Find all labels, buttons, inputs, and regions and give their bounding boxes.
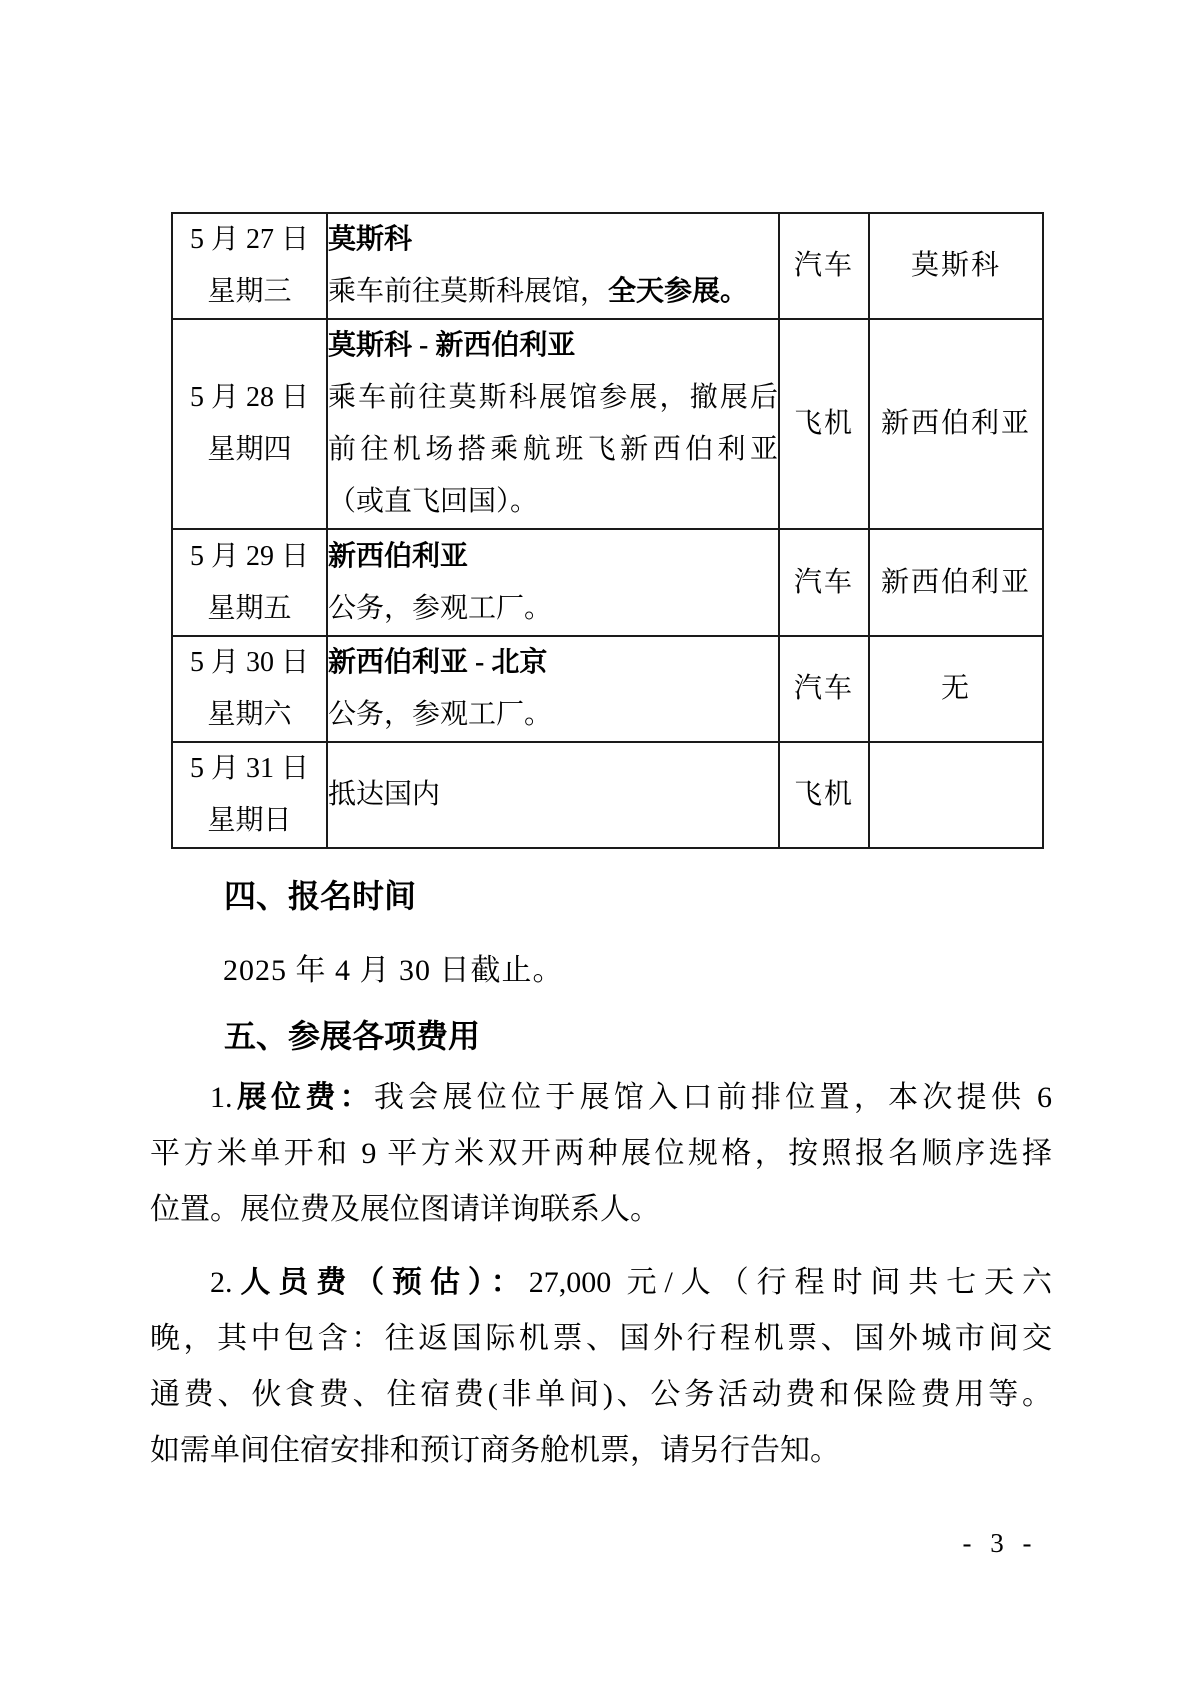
text-line: 平方米单开和 9 平方米双开两种展位规格，按照报名顺序选择 xyxy=(150,1126,1052,1182)
section-heading-registration-time: 四、报名时间 xyxy=(224,876,416,916)
text-run: 晚，其中包含：往返国际机票、国外行程机票、国外城市间交 xyxy=(150,1322,1052,1355)
text-run: 新西伯利亚 - 北京 xyxy=(328,647,547,678)
date-line: 5 月 28 日 xyxy=(173,372,326,424)
table-row: 5 月 28 日 星期四 莫斯科 - 新西伯利亚 乘车前往莫斯科展馆参展，撤展后… xyxy=(172,319,1043,529)
itinerary-cell: 莫斯科 - 新西伯利亚 乘车前往莫斯科展馆参展，撤展后 前往机场搭乘航班飞新西伯… xyxy=(327,319,779,529)
text-run: 27,000 元/人（行程时间共七天六 xyxy=(529,1266,1052,1299)
itinerary-cell: 新西伯利亚 公务，参观工厂。 xyxy=(327,529,779,636)
weekday-line: 星期五 xyxy=(173,583,326,635)
text-line: 2.人员费（预估）：27,000 元/人（行程时间共七天六 xyxy=(150,1255,1052,1311)
text-run: 抵达国内 xyxy=(328,779,440,810)
transport-cell: 飞机 xyxy=(779,319,869,529)
personnel-fee-paragraph: 2.人员费（预估）：27,000 元/人（行程时间共七天六 晚，其中包含：往返国… xyxy=(150,1255,1052,1479)
date-line: 5 月 27 日 xyxy=(173,214,326,266)
text-run: 我会展位位于展馆入口前排位置，本次提供 6 xyxy=(374,1081,1052,1114)
stay-cell: 莫斯科 xyxy=(869,213,1043,319)
date-cell: 5 月 29 日 星期五 xyxy=(172,529,327,636)
text-line: 1.展位费：我会展位位于展馆入口前排位置，本次提供 6 xyxy=(150,1070,1052,1126)
text-run: 平方米单开和 9 平方米双开两种展位规格，按照报名顺序选择 xyxy=(150,1137,1052,1170)
stay-cell: 新西伯利亚 xyxy=(869,529,1043,636)
itinerary-line: 莫斯科 xyxy=(328,214,778,266)
text-run: （或直飞回国）。 xyxy=(328,486,538,517)
table-row: 5 月 27 日 星期三 莫斯科 乘车前往莫斯科展馆，全天参展。 汽车 莫斯科 xyxy=(172,213,1043,319)
stay-cell xyxy=(869,742,1043,848)
text-run: 乘车前往莫斯科展馆参展，撤展后 xyxy=(328,382,778,413)
text-run: 2. xyxy=(210,1266,233,1299)
text-line: 如需单间住宿安排和预订商务舱机票，请另行告知。 xyxy=(150,1423,1052,1479)
transport-cell: 飞机 xyxy=(779,742,869,848)
text-run: 前往机场搭乘航班飞新西伯利亚 xyxy=(328,434,778,465)
text-run: 位置。展位费及展位图请详询联系人。 xyxy=(150,1193,660,1226)
text-run: 全天参展。 xyxy=(608,276,748,307)
page-number: - 3 - xyxy=(945,1526,1055,1560)
text-run: 乘车前往莫斯科展馆， xyxy=(328,276,608,307)
transport-cell: 汽车 xyxy=(779,213,869,319)
weekday-line: 星期六 xyxy=(173,689,326,741)
table-row: 5 月 30 日 星期六 新西伯利亚 - 北京 公务，参观工厂。 汽车 无 xyxy=(172,636,1043,742)
itinerary-cell: 抵达国内 xyxy=(327,742,779,848)
stay-cell: 无 xyxy=(869,636,1043,742)
itinerary-line: 乘车前往莫斯科展馆参展，撤展后 xyxy=(328,372,778,424)
text-line: 晚，其中包含：往返国际机票、国外行程机票、国外城市间交 xyxy=(150,1311,1052,1367)
itinerary-line: 公务，参观工厂。 xyxy=(328,689,778,741)
itinerary-line: （或直飞回国）。 xyxy=(328,476,778,528)
weekday-line: 星期四 xyxy=(173,424,326,476)
date-cell: 5 月 30 日 星期六 xyxy=(172,636,327,742)
date-line: 5 月 30 日 xyxy=(173,637,326,689)
date-cell: 5 月 31 日 星期日 xyxy=(172,742,327,848)
itinerary-line: 前往机场搭乘航班飞新西伯利亚 xyxy=(328,424,778,476)
text-run: 1. xyxy=(210,1081,233,1114)
weekday-line: 星期三 xyxy=(173,266,326,318)
text-run: 公务，参观工厂。 xyxy=(328,699,552,730)
date-line: 5 月 29 日 xyxy=(173,531,326,583)
table-row: 5 月 31 日 星期日 抵达国内 飞机 xyxy=(172,742,1043,848)
table-row: 5 月 29 日 星期五 新西伯利亚 公务，参观工厂。 汽车 新西伯利亚 xyxy=(172,529,1043,636)
stay-cell: 新西伯利亚 xyxy=(869,319,1043,529)
text-run: 莫斯科 xyxy=(328,224,412,255)
text-run: 人员费（预估）： xyxy=(233,1266,529,1299)
deadline-text: 2025 年 4 月 30 日截止。 xyxy=(150,944,1052,998)
text-run: 公务，参观工厂。 xyxy=(328,593,552,624)
text-run: 莫斯科 - 新西伯利亚 xyxy=(328,330,575,361)
section-heading-exhibition-fees: 五、参展各项费用 xyxy=(224,1016,480,1056)
transport-cell: 汽车 xyxy=(779,529,869,636)
transport-cell: 汽车 xyxy=(779,636,869,742)
date-line: 5 月 31 日 xyxy=(173,743,326,795)
itinerary-line: 乘车前往莫斯科展馆，全天参展。 xyxy=(328,266,778,318)
date-cell: 5 月 27 日 星期三 xyxy=(172,213,327,319)
date-cell: 5 月 28 日 星期四 xyxy=(172,319,327,529)
weekday-line: 星期日 xyxy=(173,795,326,847)
itinerary-line: 莫斯科 - 新西伯利亚 xyxy=(328,320,778,372)
itinerary-line: 抵达国内 xyxy=(328,769,778,821)
text-run: 新西伯利亚 xyxy=(328,541,468,572)
text-line: 通费、伙食费、住宿费(非单间)、公务活动费和保险费用等。 xyxy=(150,1367,1052,1423)
text-line: 位置。展位费及展位图请详询联系人。 xyxy=(150,1182,1052,1238)
booth-fee-paragraph: 1.展位费：我会展位位于展馆入口前排位置，本次提供 6 平方米单开和 9 平方米… xyxy=(150,1070,1052,1238)
document-page: 5 月 27 日 星期三 莫斯科 乘车前往莫斯科展馆，全天参展。 汽车 莫斯科 … xyxy=(0,0,1200,1697)
itinerary-line: 新西伯利亚 xyxy=(328,531,778,583)
itinerary-cell: 莫斯科 乘车前往莫斯科展馆，全天参展。 xyxy=(327,213,779,319)
text-run: 如需单间住宿安排和预订商务舱机票，请另行告知。 xyxy=(150,1434,840,1467)
itinerary-line: 新西伯利亚 - 北京 xyxy=(328,637,778,689)
itinerary-line: 公务，参观工厂。 xyxy=(328,583,778,635)
text-run: 通费、伙食费、住宿费(非单间)、公务活动费和保险费用等。 xyxy=(150,1378,1052,1411)
text-run: 展位费： xyxy=(233,1081,374,1114)
itinerary-cell: 新西伯利亚 - 北京 公务，参观工厂。 xyxy=(327,636,779,742)
itinerary-table: 5 月 27 日 星期三 莫斯科 乘车前往莫斯科展馆，全天参展。 汽车 莫斯科 … xyxy=(171,212,1044,849)
